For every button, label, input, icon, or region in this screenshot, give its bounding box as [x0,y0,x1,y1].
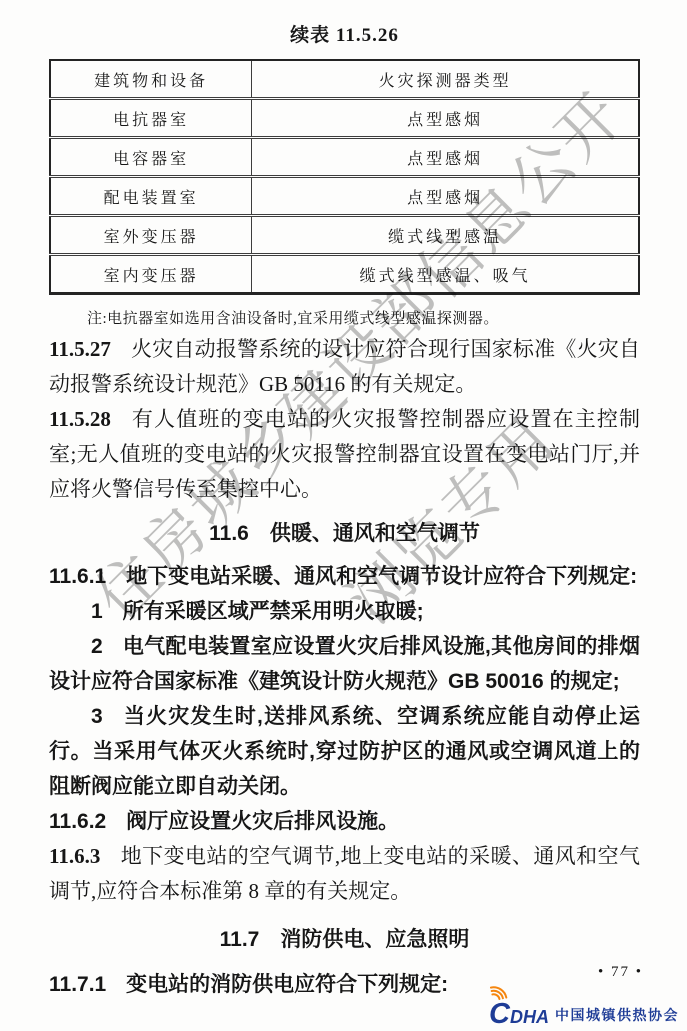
page-content: 续表 11.5.26 建筑物和设备 火灾探测器类型 电抗器室 点型感烟 电容器室… [0,0,687,1002]
table-row: 室内变压器 缆式线型感温、吸气 [50,255,639,294]
table-row: 室外变压器 缆式线型感温 [50,216,639,255]
item-number: 1 [91,600,103,623]
clause-11-6-2: 11.6.2阀厅应设置火灾后排风设施。 [49,804,640,839]
logo-association-name: 中国城镇供热协会 [555,1005,679,1029]
section-heading-11-6: 11.6供暖、通风和空气调节 [49,521,640,547]
table-cell-detector: 点型感烟 [252,99,639,138]
clause-text: 变电站的消防供电应符合下列规定: [126,973,448,996]
item-number: 3 [91,705,103,728]
clause-text: 火灾自动报警系统的设计应符合现行国家标准《火灾自动报警系统设计规范》GB 501… [49,337,640,396]
list-item-3: 3当火灾发生时,送排风系统、空调系统应能自动停止运行。当采用气体灭火系统时,穿过… [49,699,640,804]
clause-11-5-28: 11.5.28有人值班的变电站的火灾报警控制器应设置在主控制室;无人值班的变电站… [49,402,640,507]
clause-number: 11.7.1 [49,973,106,996]
table-cell-detector: 缆式线型感温 [252,216,639,255]
clause-number: 11.5.27 [49,337,111,361]
table-cell-building: 电抗器室 [50,99,252,138]
table-header-row: 建筑物和设备 火灾探测器类型 [50,60,639,99]
list-item-1: 1所有采暖区域严禁采用明火取暖; [49,594,640,629]
clause-11-5-27: 11.5.27火灾自动报警系统的设计应符合现行国家标准《火灾自动报警系统设计规范… [49,332,640,402]
cdha-logo: CDHA 中国城镇供热协会 [489,990,679,1029]
table-row: 配电装置室 点型感烟 [50,177,639,216]
logo-acronym: CDHA [489,1000,549,1029]
clause-text: 地下变电站采暖、通风和空气调节设计应符合下列规定: [126,565,637,588]
section-number: 11.7 [220,928,260,951]
section-title: 供暖、通风和空气调节 [270,522,480,545]
table-cell-building: 室内变压器 [50,255,252,294]
section-title: 消防供电、应急照明 [280,928,469,951]
document-page: 住房城乡建设部信息公开 浏览专用 续表 11.5.26 建筑物和设备 火灾探测器… [0,0,687,1031]
item-text: 当火灾发生时,送排风系统、空调系统应能自动停止运行。当采用气体灭火系统时,穿过防… [49,705,640,798]
item-number: 2 [91,635,103,658]
table-row: 电抗器室 点型感烟 [50,99,639,138]
fire-detector-table: 建筑物和设备 火灾探测器类型 电抗器室 点型感烟 电容器室 点型感烟 配电装置室… [49,59,640,295]
page-number: • 77 • [598,964,643,981]
table-header-building: 建筑物和设备 [50,60,252,99]
clause-number: 11.6.3 [49,844,100,868]
table-header-detector-type: 火灾探测器类型 [252,60,639,99]
signal-arcs-icon [490,983,509,1002]
list-item-2: 2电气配电装置室应设置火灾后排风设施,其他房间的排烟设计应符合国家标准《建筑设计… [49,629,640,699]
clause-text: 有人值班的变电站的火灾报警控制器应设置在主控制室;无人值班的变电站的火灾报警控制… [49,407,640,501]
item-text: 所有采暖区域严禁采用明火取暖; [123,600,424,623]
table-cell-building: 电容器室 [50,138,252,177]
item-text: 电气配电装置室应设置火灾后排风设施,其他房间的排烟设计应符合国家标准《建筑设计防… [49,635,640,693]
cdha-logo-mark: CDHA [489,990,549,1029]
table-cell-building: 配电装置室 [50,177,252,216]
table-cell-detector: 点型感烟 [252,177,639,216]
table-row: 电容器室 点型感烟 [50,138,639,177]
table-cell-building: 室外变压器 [50,216,252,255]
clause-number: 11.6.2 [49,810,106,833]
clause-text: 地下变电站的空气调节,地上变电站的采暖、通风和空气调节,应符合本标准第 8 章的… [49,844,640,903]
clause-number: 11.6.1 [49,565,106,588]
clause-text: 阀厅应设置火灾后排风设施。 [126,810,399,833]
table-cell-detector: 缆式线型感温、吸气 [252,255,639,294]
continued-table-title: 续表 11.5.26 [49,20,640,47]
clause-number: 11.5.28 [49,407,111,431]
table-cell-detector: 点型感烟 [252,138,639,177]
clause-11-6-3: 11.6.3地下变电站的空气调节,地上变电站的采暖、通风和空气调节,应符合本标准… [49,839,640,909]
table-note: 注:电抗器室如选用含油设备时,宜采用缆式线型感温探测器。 [49,307,640,328]
section-number: 11.6 [209,522,249,545]
section-heading-11-7: 11.7消防供电、应急照明 [49,927,640,953]
clause-11-6-1: 11.6.1地下变电站采暖、通风和空气调节设计应符合下列规定: [49,559,640,594]
